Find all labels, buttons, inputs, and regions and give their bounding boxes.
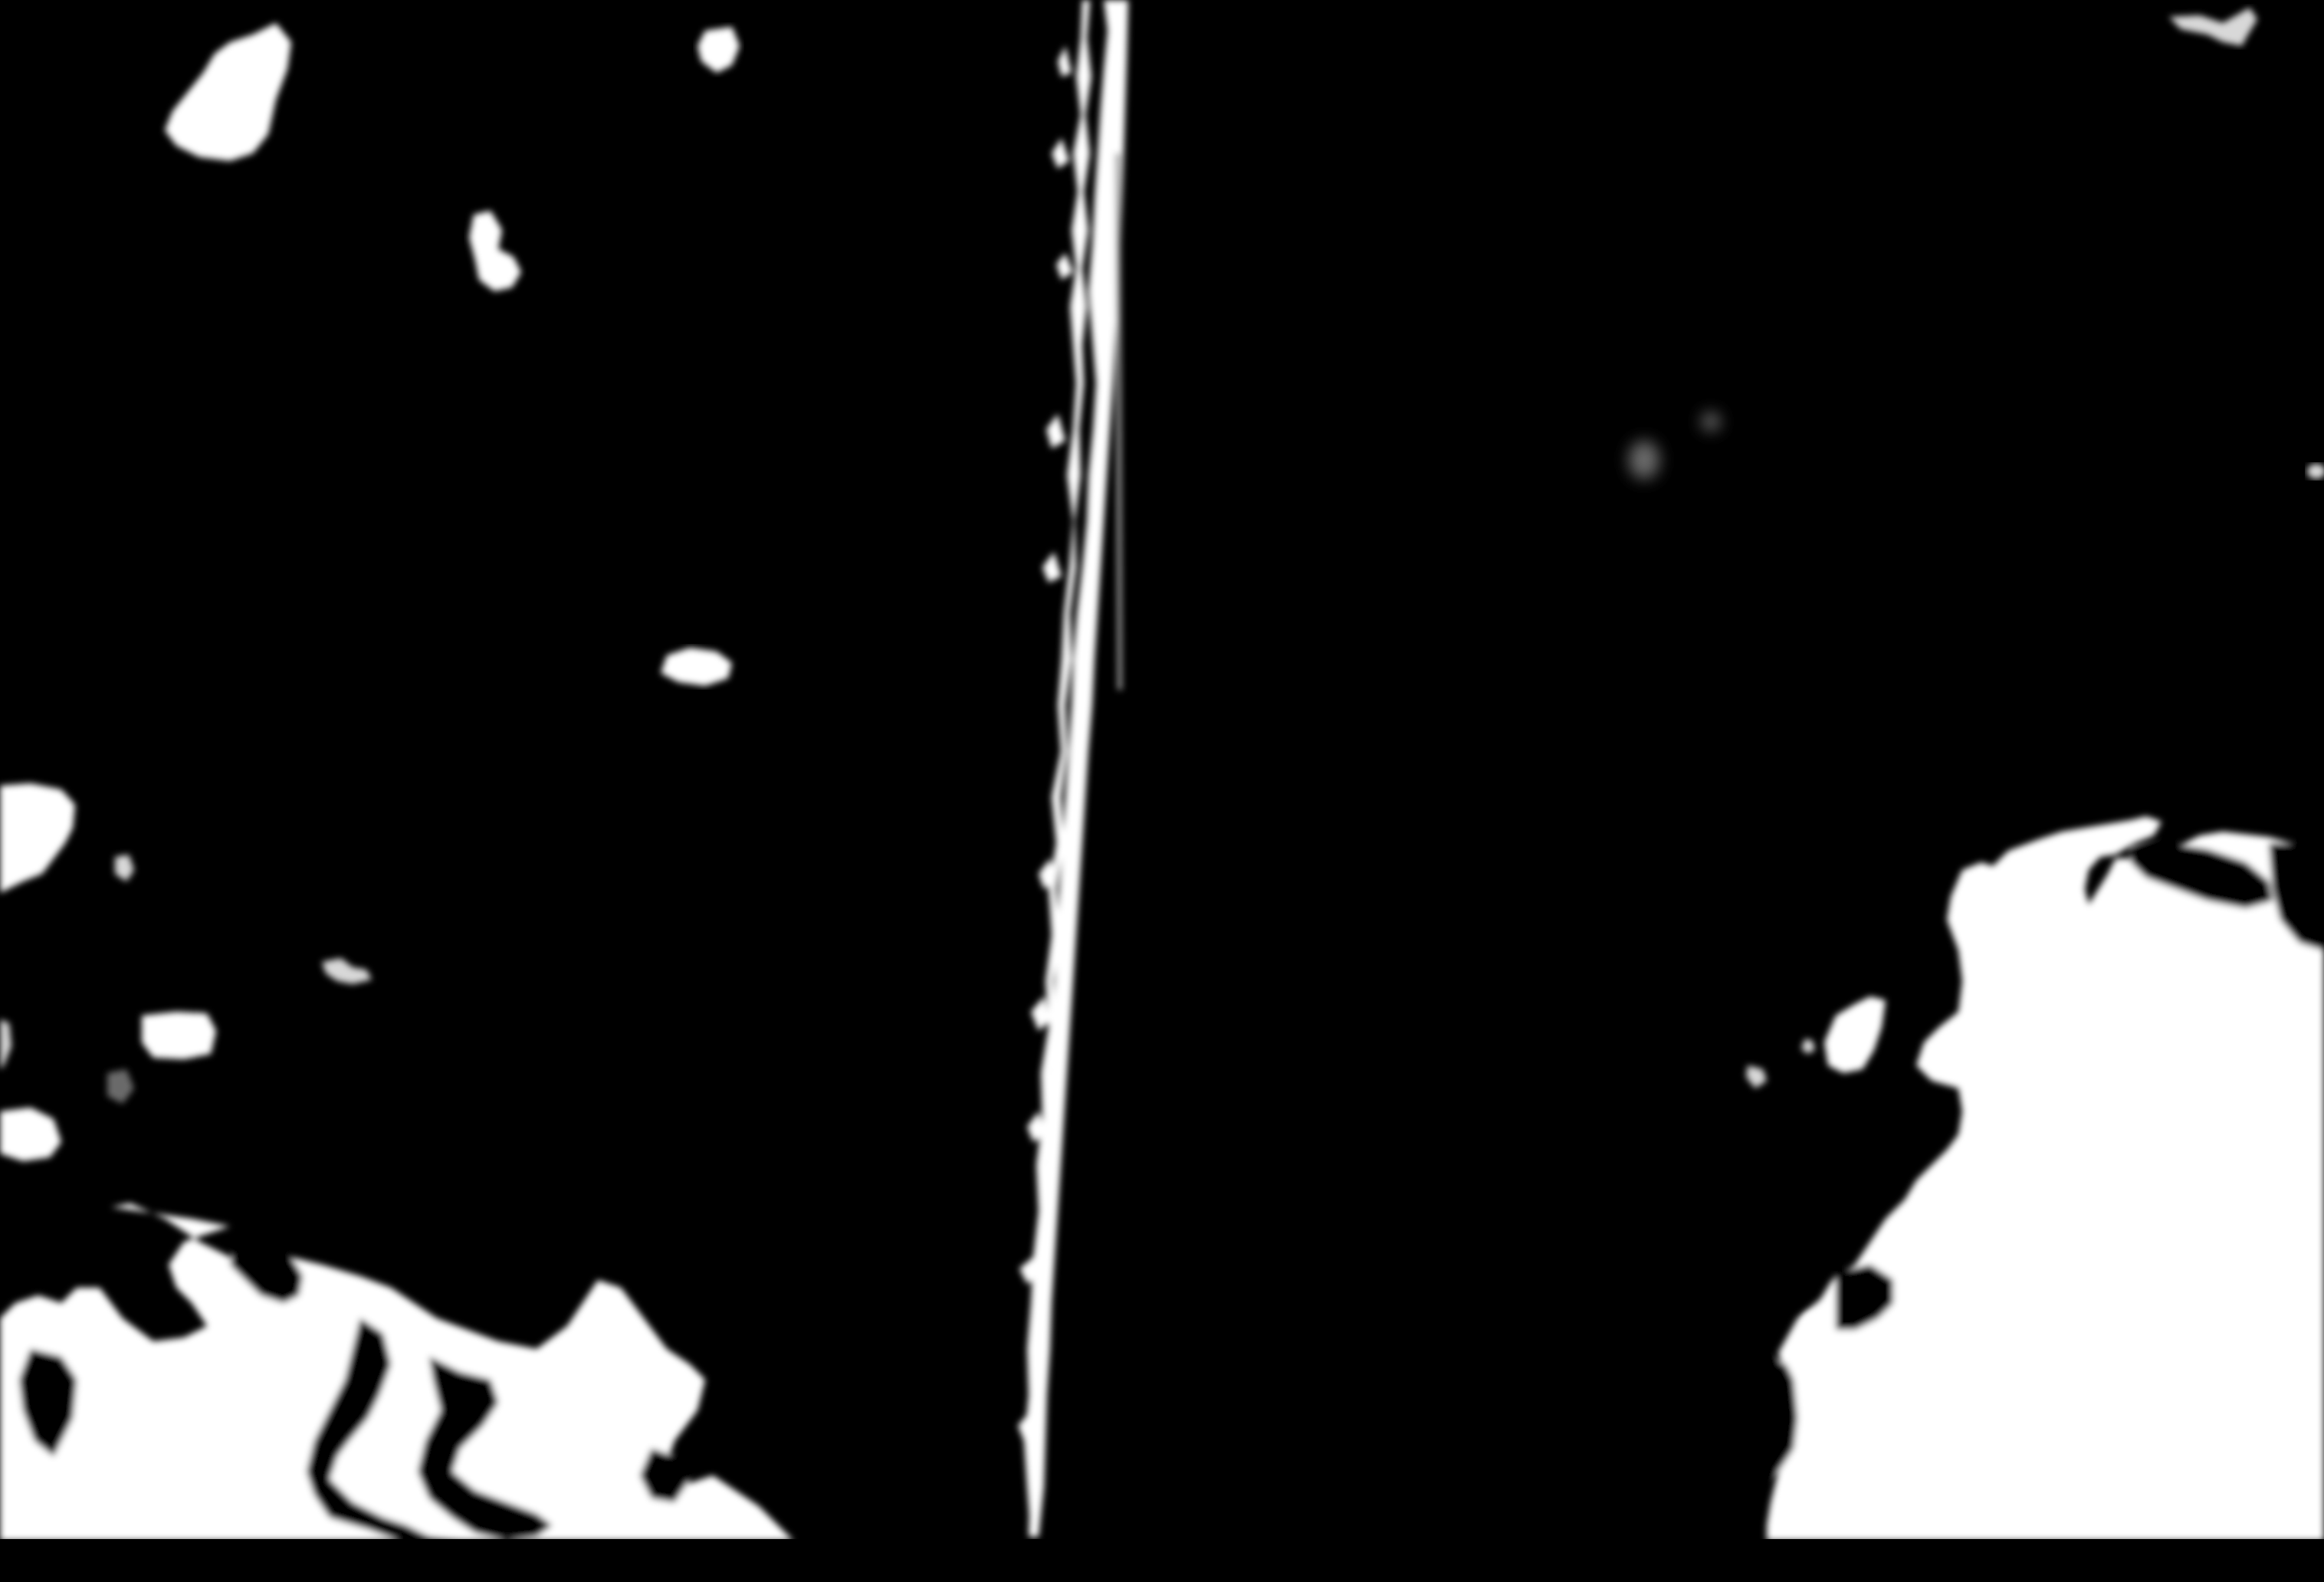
bottom-band	[0, 1539, 2324, 1582]
mask-canvas	[0, 0, 2324, 1582]
